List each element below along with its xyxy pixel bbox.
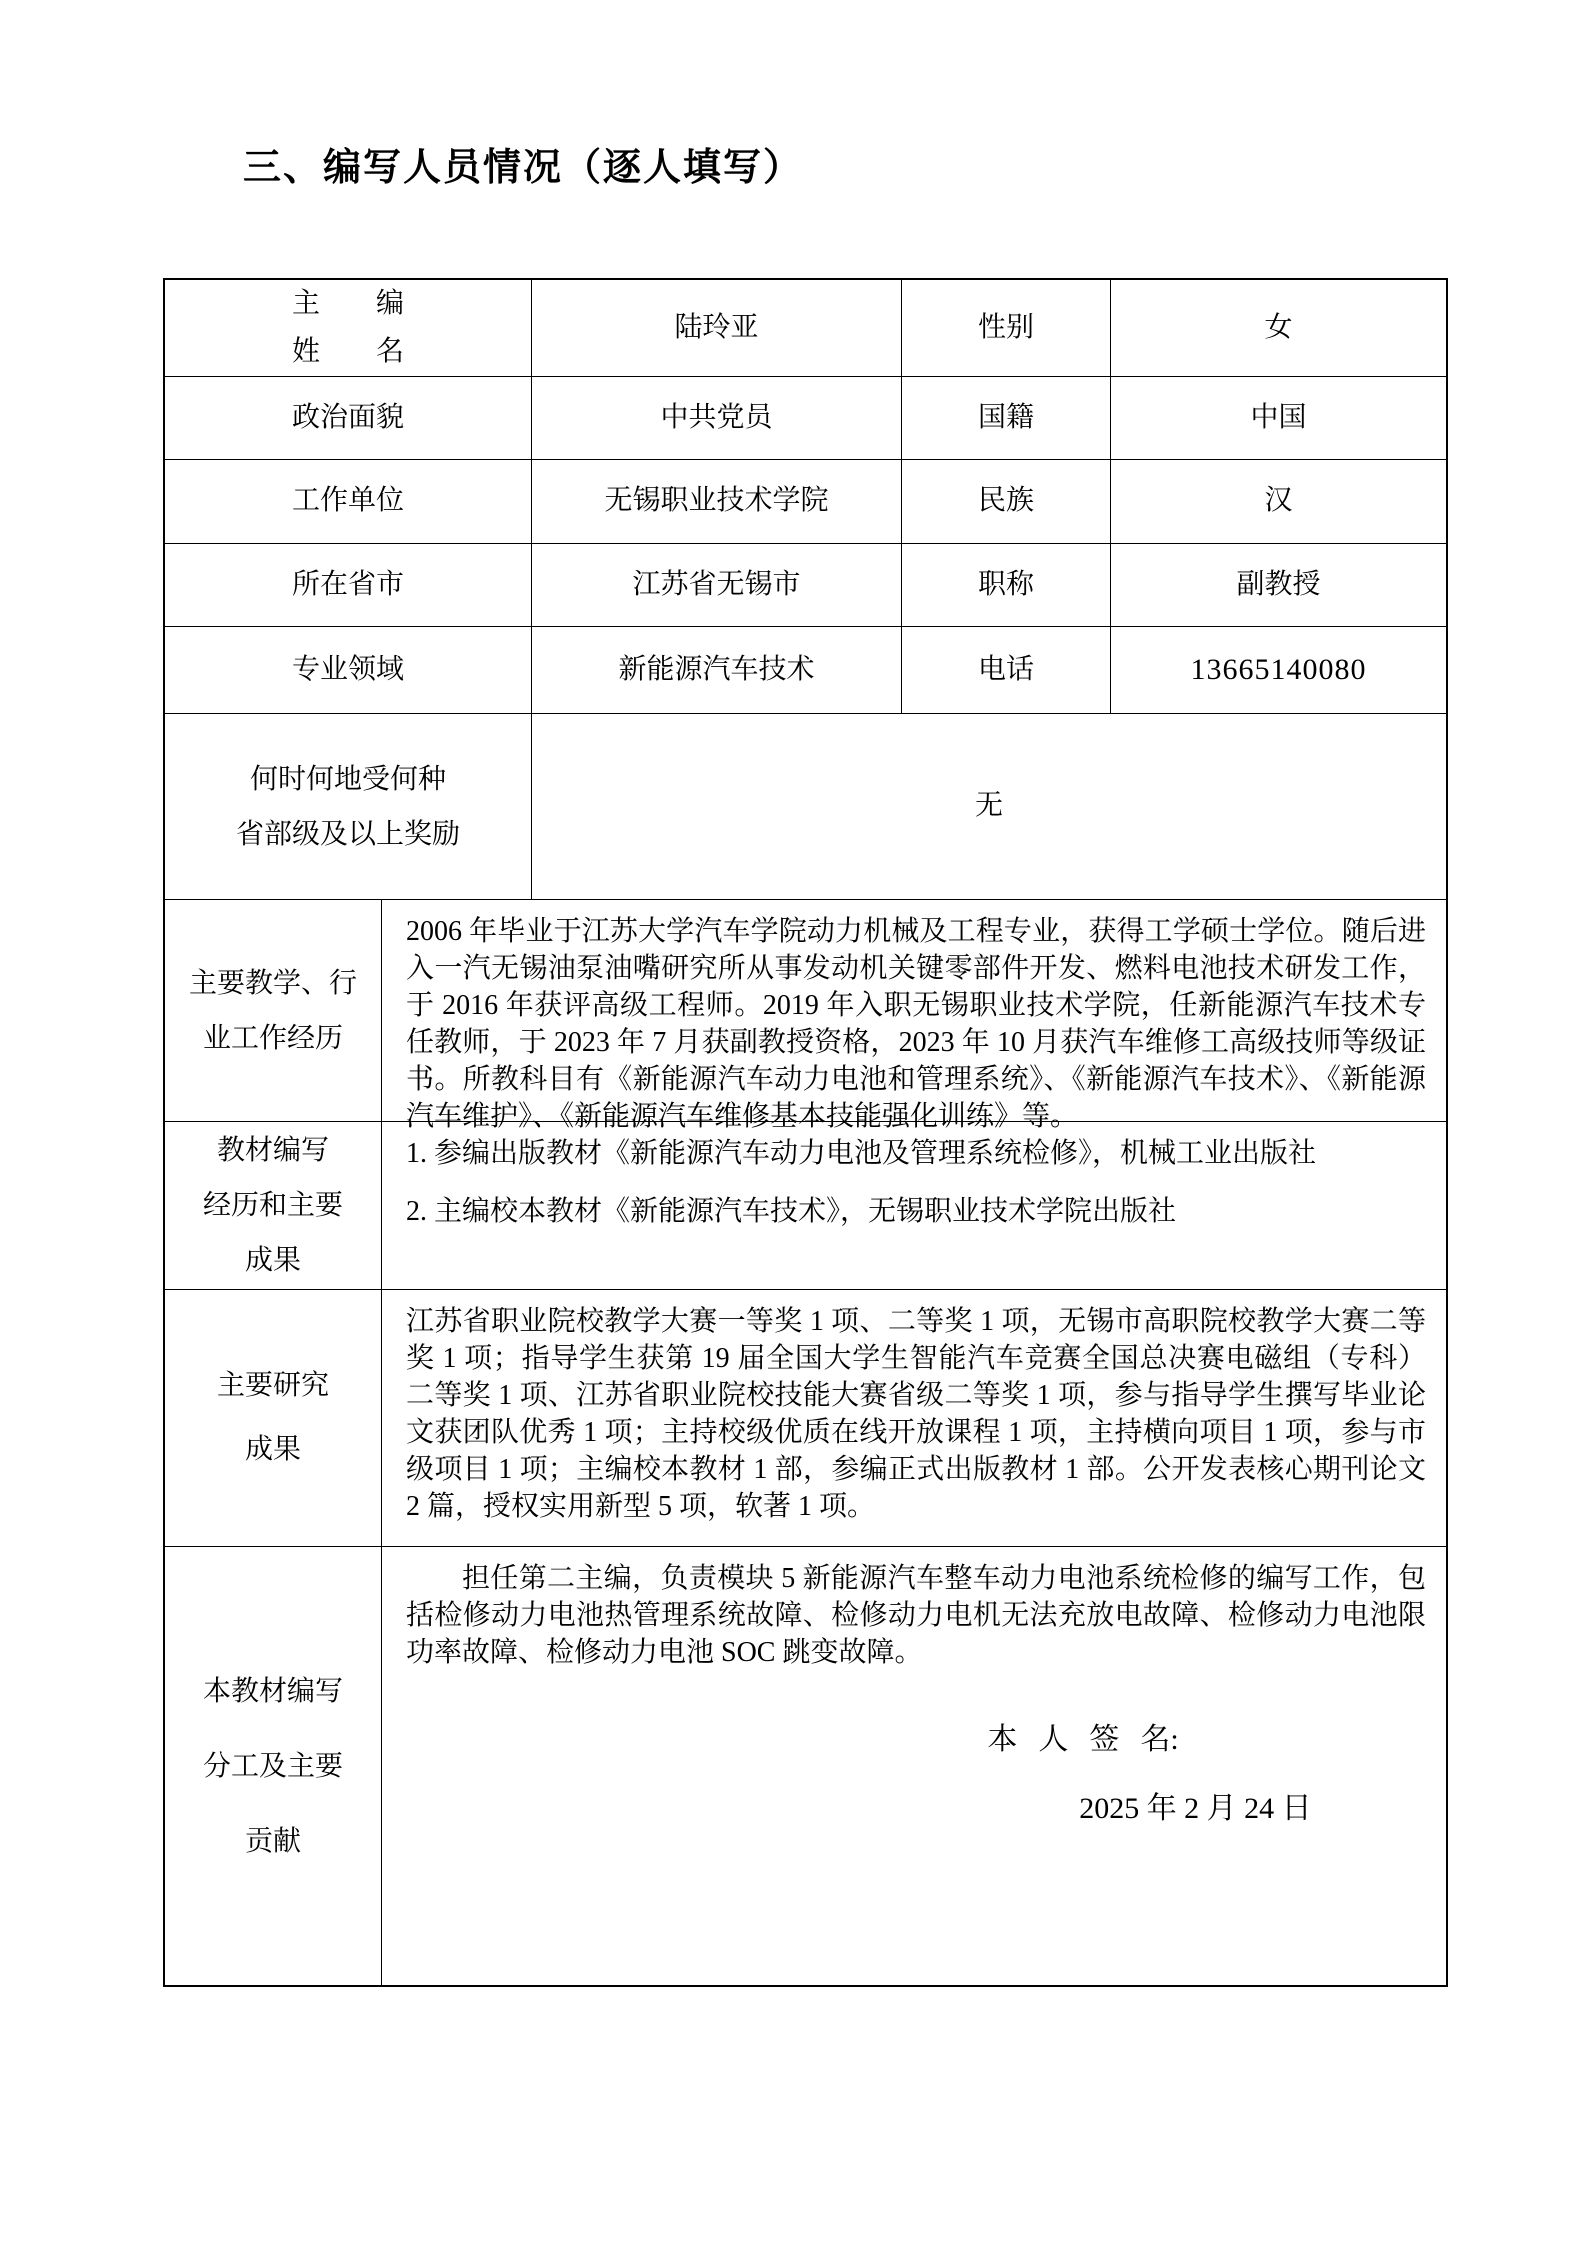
textbook-history-item-1: 1. 参编出版教材《新能源汽车动力电池及管理系统检修》，机械工业出版社 (406, 1135, 1426, 1172)
awards-value: 无 (532, 714, 1446, 900)
contribution-label-line2: 分工及主要 (203, 1729, 343, 1804)
nationality-label: 国籍 (902, 377, 1111, 460)
editor-info-table: 主 编 姓 名 陆玲亚 性别 女 政治面貌 中共党员 国籍 中国 工作单位 无锡… (163, 278, 1448, 1987)
awards-label-line1: 何时何地受何种 (250, 752, 446, 807)
phone-value: 13665140080 (1111, 627, 1446, 714)
contribution-label-line1: 本教材编写 (203, 1654, 343, 1729)
nationality-value: 中国 (1111, 377, 1446, 460)
research-achievements-label-line1: 主要研究 (217, 1354, 329, 1418)
textbook-history-item-2: 2. 主编校本教材《新能源汽车技术》，无锡职业技术学院出版社 (406, 1193, 1426, 1230)
teaching-experience-label: 主要教学、行 业工作经历 (165, 900, 382, 1122)
chief-editor-name-label: 主 编 姓 名 (165, 280, 532, 377)
teaching-experience-value: 2006 年毕业于江苏大学汽车学院动力机械及工程专业，获得工学硕士学位。随后进入… (382, 900, 1446, 1122)
contribution-label: 本教材编写 分工及主要 贡献 (165, 1547, 382, 1985)
political-status-value: 中共党员 (532, 377, 902, 460)
work-unit-value: 无锡职业技术学院 (532, 460, 902, 544)
awards-label-line2: 省部级及以上奖励 (236, 807, 460, 862)
signature-label: 本 人 签 名: (406, 1721, 1426, 1758)
page-title: 三、编写人员情况（逐人填写） (243, 136, 803, 191)
page: 三、编写人员情况（逐人填写） 主 编 姓 名 陆玲亚 性别 女 政治面貌 中共党… (0, 0, 1587, 2245)
teaching-experience-label-line2: 业工作经历 (203, 1011, 343, 1066)
province-city-label: 所在省市 (165, 544, 532, 627)
chief-editor-name-label-line2: 姓 名 (292, 328, 404, 376)
province-city-value: 江苏省无锡市 (532, 544, 902, 627)
textbook-history-label: 教材编写 经历和主要 成果 (165, 1122, 382, 1290)
textbook-history-label-line1: 教材编写 (217, 1123, 329, 1178)
professional-title-label: 职称 (902, 544, 1111, 627)
chief-editor-name-value: 陆玲亚 (532, 280, 902, 377)
contribution-paragraph: 担任第二主编，负责模块 5 新能源汽车整车动力电池系统检修的编写工作，包括检修动… (406, 1560, 1426, 1671)
teaching-experience-label-line1: 主要教学、行 (189, 956, 357, 1011)
awards-label: 何时何地受何种 省部级及以上奖励 (165, 714, 532, 900)
textbook-history-value: 1. 参编出版教材《新能源汽车动力电池及管理系统检修》，机械工业出版社 2. 主… (382, 1122, 1446, 1290)
gender-label: 性别 (902, 280, 1111, 377)
specialty-field-label: 专业领域 (165, 627, 532, 714)
textbook-history-label-line3: 成果 (245, 1233, 301, 1288)
ethnicity-label: 民族 (902, 460, 1111, 544)
signature-date: 2025 年 2 月 24 日 (406, 1790, 1426, 1827)
chief-editor-name-label-line1: 主 编 (292, 280, 404, 328)
research-achievements-label-line2: 成果 (245, 1418, 301, 1482)
research-achievements-label: 主要研究 成果 (165, 1290, 382, 1547)
political-status-label: 政治面貌 (165, 377, 532, 460)
ethnicity-value: 汉 (1111, 460, 1446, 544)
contribution-label-line3: 贡献 (245, 1804, 301, 1879)
textbook-history-label-line2: 经历和主要 (203, 1178, 343, 1233)
gender-value: 女 (1111, 280, 1446, 377)
professional-title-value: 副教授 (1111, 544, 1446, 627)
phone-label: 电话 (902, 627, 1111, 714)
contribution-value: 担任第二主编，负责模块 5 新能源汽车整车动力电池系统检修的编写工作，包括检修动… (382, 1547, 1446, 1985)
research-achievements-value: 江苏省职业院校教学大赛一等奖 1 项、二等奖 1 项，无锡市高职院校教学大赛二等… (382, 1290, 1446, 1547)
specialty-field-value: 新能源汽车技术 (532, 627, 902, 714)
work-unit-label: 工作单位 (165, 460, 532, 544)
